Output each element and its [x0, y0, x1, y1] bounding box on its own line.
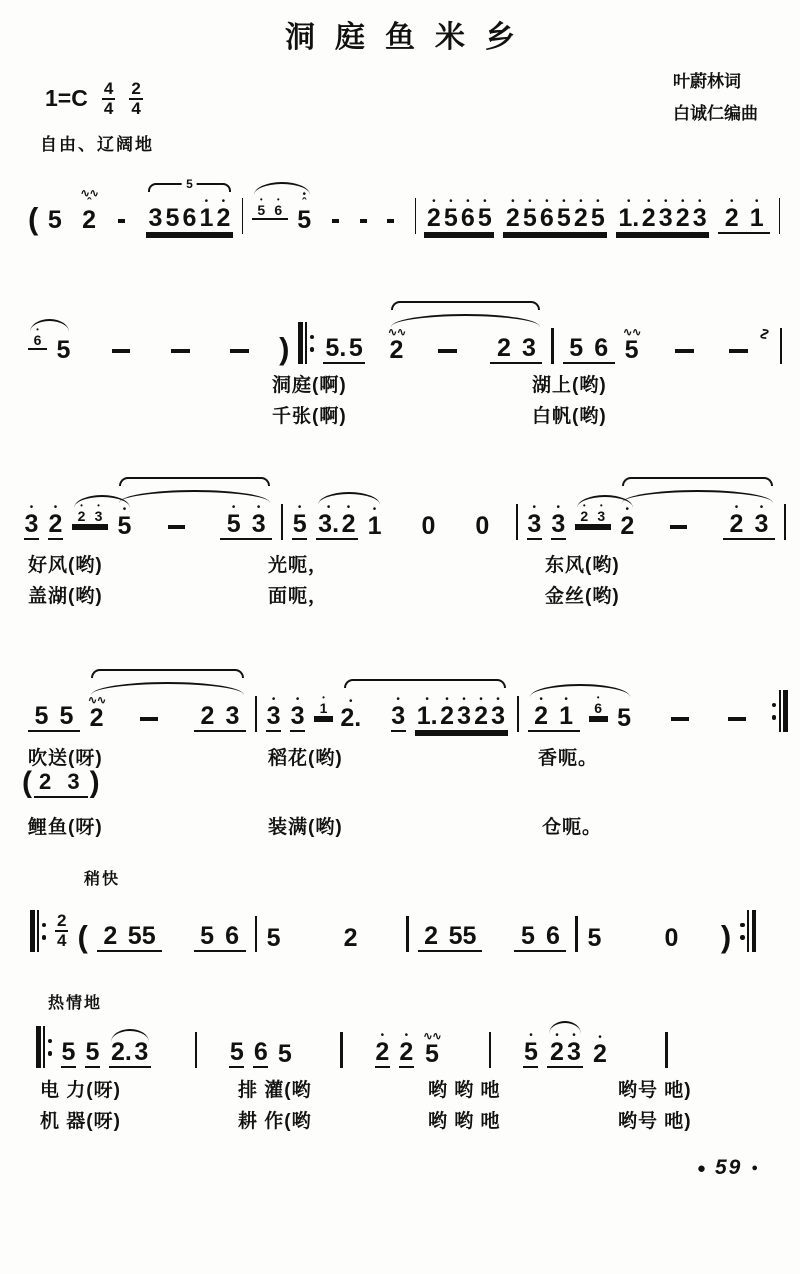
duration-dash [171, 349, 189, 353]
note: •5 [522, 198, 537, 232]
credits: 叶蔚林词 白诚仁编曲 [673, 66, 758, 131]
note: •5 [292, 504, 307, 540]
beam-group: 255 [97, 924, 162, 952]
note-digit: 2 [344, 926, 358, 952]
note: •2 [440, 696, 455, 730]
note-digit: 2. [340, 706, 361, 732]
note-digit: 55 [449, 924, 477, 950]
beam-group: 23 [194, 704, 246, 732]
note: •ˆ5 [297, 191, 312, 234]
note: 0 [475, 514, 490, 540]
note-digit: 5 [48, 208, 62, 234]
note: 5 [277, 1042, 292, 1068]
note-digit: 6 [540, 206, 554, 232]
open-paren: ( [22, 768, 32, 798]
spacer [290, 951, 334, 952]
spacer [171, 951, 185, 952]
note-digit: 2 [725, 206, 739, 232]
tuplet-label: 5 [182, 178, 197, 190]
time-signature-2-4: 2 4 [129, 80, 142, 118]
note: •1. [417, 696, 438, 730]
note: 5 [569, 336, 584, 362]
note-digit: 2 [82, 208, 96, 234]
music-glyph [310, 335, 315, 352]
page-dot: ● [697, 1160, 706, 1177]
barline [255, 916, 258, 952]
note: •6 [591, 695, 606, 716]
lyric-text: 哟 哟 吔 [428, 1075, 501, 1102]
note: 5. [325, 336, 346, 362]
note-digit: 6 [225, 924, 239, 950]
music-glyph [42, 923, 47, 940]
barline [575, 916, 578, 952]
note-digit: 5 [349, 336, 363, 362]
spacer [450, 1067, 480, 1068]
duration-dash [140, 717, 157, 721]
note: 6 [225, 924, 240, 950]
note-digit: 3 [597, 509, 605, 524]
repeat-close-barline [772, 690, 788, 732]
slur-arc [119, 490, 270, 503]
note: •2 [641, 198, 656, 232]
note-digit: 2. [111, 1040, 132, 1066]
lyrics-row: 机 器(呀) 耕 作(哟 哟 哟 吔 哟号 吔) [0, 1106, 800, 1132]
note: 0 [664, 926, 679, 952]
slur-arc [530, 684, 630, 697]
note: 3 [148, 206, 163, 232]
note-digit: 6 [254, 1040, 268, 1066]
note-digit: 5 [257, 203, 265, 218]
note-digit: 2 [574, 206, 588, 232]
note: •6 [271, 197, 286, 218]
barline [195, 1032, 198, 1068]
lyric-text: 好风(哟) [28, 550, 103, 577]
note-digit: 5 [523, 206, 537, 232]
spacer [644, 539, 662, 540]
note-digit: 2 [427, 206, 441, 232]
note: ∿∿2 [389, 328, 405, 364]
note-digit: 3 [457, 704, 471, 730]
note-digit: 2 [593, 1042, 607, 1068]
time-sig-denominator: 4 [102, 100, 115, 118]
note: •2 [573, 198, 588, 232]
duration-dash [675, 349, 693, 353]
note: •1. [618, 198, 639, 232]
note-digit: 3 [491, 704, 505, 730]
composer-credit: 白诚仁编曲 [673, 98, 758, 130]
note: 0 [421, 514, 436, 540]
note-digit: 5 [278, 1042, 292, 1068]
repeat-open-barline [30, 910, 46, 952]
music-glyph: 2 [55, 912, 68, 932]
note: •3 [527, 504, 542, 540]
note: ∿∿ˆ2 [82, 189, 97, 234]
beam-group: 56 [563, 336, 615, 364]
barline [281, 504, 283, 540]
note-digit: 5 [62, 1040, 76, 1066]
lyric-text: 哟号 吔) [618, 1106, 692, 1133]
note-digit: 2 [550, 1040, 564, 1066]
note: 55 [449, 924, 477, 950]
music-line-3: •3•2•2•3•5•5•3•5•3.•2•100•3•3•2•3•2•2•3 [24, 464, 786, 540]
slur-arc [318, 492, 380, 505]
slur-arc [91, 682, 244, 695]
note-digit: 5 [57, 338, 71, 364]
note-digit: 2 [90, 706, 104, 732]
duration-dash [671, 717, 688, 721]
beam-group: •2•3 [723, 504, 775, 540]
duration-dash [438, 349, 456, 353]
note: 5 [47, 208, 62, 234]
slur-arc [622, 490, 773, 503]
note: 6 [253, 1040, 268, 1068]
note: •2 [549, 1032, 564, 1066]
note: •2 [620, 506, 635, 540]
phrase-arc [344, 679, 506, 688]
phrase-arc [622, 477, 773, 486]
note: 5 [617, 706, 632, 732]
beam-group: 255 [418, 924, 483, 952]
note: •5 [443, 198, 458, 232]
note-digit: 5. [325, 336, 346, 362]
note: 5 [266, 926, 281, 952]
spacer [413, 363, 429, 364]
note-digit: 3 [755, 512, 769, 538]
note: 5 [520, 924, 535, 950]
spacer [500, 1067, 514, 1068]
beam-group: 56 [514, 924, 566, 952]
note: •1 [199, 198, 214, 232]
music-line-5: 24(25556522555650) [30, 876, 772, 952]
note: 2 [200, 704, 215, 730]
barline [780, 328, 782, 364]
note-digit: 1. [417, 704, 438, 730]
note: •5 [254, 197, 269, 218]
note-digit: 3. [318, 512, 339, 538]
page-number-value: 59 [715, 1156, 742, 1180]
repeat-open-barline [36, 1026, 52, 1068]
key-signature: 1=C [45, 85, 88, 112]
spacer [376, 233, 379, 234]
phrase-arc [119, 477, 270, 486]
spacer [139, 363, 162, 364]
beam-group: •1.•2•3•2•3 [415, 696, 508, 732]
close-paren: ) [279, 333, 289, 364]
note-digit: 3 [693, 206, 707, 232]
note: •1 [749, 198, 764, 232]
time-sig-numerator: 2 [129, 80, 142, 100]
note-digit: 3 [25, 512, 39, 538]
note: •2 [675, 198, 690, 232]
note: •2 [216, 198, 231, 232]
music-glyph [36, 1026, 41, 1068]
repeat-close-barline [740, 910, 756, 952]
note-digit: 2 [506, 206, 520, 232]
note-digit: 5 [267, 926, 281, 952]
lyrics-row: 鲤鱼(呀) 装满(哟) 仓呃。 [0, 812, 800, 838]
beam-group: •2•1 [718, 198, 770, 234]
spacer [113, 731, 131, 732]
spacer [391, 539, 412, 540]
note-digit: 0 [421, 514, 435, 540]
spacer [641, 731, 663, 732]
note-digit: 5 [60, 704, 74, 730]
spacer [491, 951, 505, 952]
grace-notes: •1 [314, 695, 333, 718]
beam-group: 5.5 [323, 336, 365, 364]
note: 6 [182, 206, 197, 232]
barline [784, 504, 786, 540]
lyric-text: 哟号 吔) [618, 1075, 692, 1102]
note-digit: 2 [49, 512, 63, 538]
note: 3 [134, 1040, 149, 1066]
note-digit: 5 [200, 924, 214, 950]
note-digit: 3 [291, 704, 305, 730]
spacer [688, 951, 712, 952]
note-digit: 3 [95, 509, 103, 524]
spacer [703, 363, 721, 364]
note: •3 [251, 504, 266, 538]
note-digit: 5 [569, 336, 583, 362]
note-digit: 2 [78, 509, 86, 524]
note-digit: 5 [297, 208, 311, 234]
beam-group: 356•1•25 [146, 198, 233, 234]
note: •2 [724, 198, 739, 232]
note-digit: 5 [35, 704, 49, 730]
note: •3 [692, 198, 707, 232]
note-digit: 2 [424, 924, 438, 950]
spacer [194, 539, 212, 540]
spacer [466, 363, 482, 364]
barline [415, 198, 416, 234]
beam-group: 23 [490, 336, 542, 364]
note-digit: 3 [391, 704, 405, 730]
song-title: 洞庭鱼米乡 [0, 12, 800, 56]
note-digit: 3 [267, 704, 281, 730]
note: •2 [729, 504, 744, 538]
barline [255, 696, 257, 732]
duration-dash [360, 219, 367, 223]
duration-dash [729, 349, 747, 353]
note-digit: 2 [534, 704, 548, 730]
barline [516, 504, 518, 540]
note-digit: 5 [521, 924, 535, 950]
lyric-text: 东风(哟) [545, 550, 620, 577]
spacer [134, 233, 137, 234]
note: 5 [34, 704, 49, 730]
slur-arc [111, 1029, 149, 1042]
note: 55 [128, 924, 156, 950]
barline [489, 1032, 492, 1068]
note-digit: 3 [567, 1040, 581, 1066]
note: 3 [521, 336, 536, 362]
time-signature-2-4: 24 [55, 912, 68, 950]
close-paren: ) [90, 768, 100, 798]
lyric-text: 稻花(哟) [268, 743, 343, 770]
music-glyph [298, 322, 303, 364]
lyric-text: 面呃， [268, 581, 328, 608]
lyrics-row: 电 力(呀) 排 灌(哟 哟 哟 吔 哟号 吔) [0, 1075, 800, 1101]
lyric-text: 白帆(哟) [532, 401, 607, 428]
barline [340, 1032, 343, 1068]
note-digit: 6 [594, 336, 608, 362]
lyric-text: 湖上(哟) [532, 370, 607, 397]
note: 2 [424, 924, 439, 950]
spacer [167, 731, 185, 732]
note: •3 [266, 696, 281, 732]
note-digit: 1 [199, 206, 213, 232]
note: •6 [460, 198, 475, 232]
lyric-text: 洞庭(啊) [272, 370, 347, 397]
note-digit: 5 [591, 206, 605, 232]
note-digit: 5 [478, 206, 492, 232]
lyric-text: 光呃， [268, 550, 328, 577]
spacer [80, 363, 103, 364]
lyric-text: 香呃。 [538, 743, 598, 770]
spacer [199, 363, 222, 364]
lyric-text: 千张(啊) [272, 401, 347, 428]
beam-group: 2.3 [109, 1040, 151, 1068]
duration-dash [332, 219, 339, 223]
spacer [696, 539, 714, 540]
beam-group: •2•5•6•5•2•5 [503, 198, 607, 234]
barline [551, 328, 553, 364]
close-paren: ) [721, 921, 731, 952]
spacer [611, 951, 655, 952]
spacer [352, 1067, 366, 1068]
note: 5 [200, 924, 215, 950]
duration-dash [670, 525, 687, 529]
note-digit: 2 [440, 704, 454, 730]
key-signature-row: 1=C 4 4 2 4 [45, 80, 143, 118]
note: 5 [587, 926, 602, 952]
barline [665, 1032, 668, 1068]
open-paren: ( [77, 921, 87, 952]
spacer [499, 539, 507, 540]
note-digit: 2 [399, 1040, 413, 1066]
music-glyph [48, 1039, 53, 1056]
note-digit: 3 [226, 704, 240, 730]
note: 5 [61, 1040, 76, 1068]
note-digit: 1 [320, 701, 328, 716]
note: 5 [229, 1040, 244, 1068]
spacer [649, 363, 667, 364]
note: •5 [523, 1032, 538, 1068]
note-digit: 1 [750, 206, 764, 232]
note-digit: 2 [375, 1040, 389, 1066]
note: 2. [111, 1040, 132, 1066]
music-glyph [37, 910, 39, 952]
note-digit: 0 [475, 514, 489, 540]
note: •3 [566, 1032, 581, 1066]
note-digit: 3 [522, 336, 536, 362]
note-digit: 1. [618, 206, 639, 232]
note: •1 [367, 506, 382, 540]
cue-note-digits: 2 3 [34, 769, 88, 798]
duration-dash [168, 525, 185, 529]
note: •2 [399, 1032, 414, 1068]
beam-group: •2•5•6•5 [424, 198, 494, 234]
note: ∿∿5 [624, 328, 640, 364]
time-signature-4-4: 4 4 [102, 80, 115, 118]
spacer [141, 539, 159, 540]
note-digit: 2 [201, 704, 215, 730]
note: 5 [59, 704, 74, 730]
note-digit: 5 [625, 338, 639, 364]
note-digit: 2 [730, 512, 744, 538]
note: •2 [505, 198, 520, 232]
spacer [374, 363, 379, 364]
note: •1 [316, 695, 331, 716]
tuplet-bracket: 5 [148, 183, 231, 192]
lyric-text: 仓呃。 [542, 812, 602, 839]
note-digit: 2 [216, 206, 230, 232]
note-digit: 3 [551, 512, 565, 538]
note: •5 [590, 198, 605, 232]
note-digit: 3 [134, 1040, 148, 1066]
note: •2 [341, 504, 356, 538]
note: •2 [48, 504, 63, 540]
lyrics-row: 好风(哟) 光呃， 东风(哟) [0, 550, 800, 576]
duration-dash [118, 219, 125, 223]
note-digit: 1 [559, 704, 573, 730]
note: •3 [457, 696, 472, 730]
music-glyph [43, 1026, 45, 1068]
spacer [71, 233, 72, 234]
spacer [755, 731, 763, 732]
breath-mark-icon: ∿ [753, 325, 775, 343]
note-digit: 6 [461, 206, 475, 232]
barline [517, 696, 519, 732]
slur-arc [30, 319, 69, 332]
note-digit: 6 [274, 203, 282, 218]
note-digit: 6 [594, 701, 602, 716]
note-digit: 2 [474, 704, 488, 730]
note-digit: 2 [342, 512, 356, 538]
duration-dash [728, 717, 745, 721]
note: 5 [85, 1040, 100, 1068]
note-digit: 6 [182, 206, 196, 232]
note-digit: 5 [118, 514, 132, 540]
note-digit: 2 [642, 206, 656, 232]
grace-notes: •5•6 [252, 197, 288, 220]
barline [406, 916, 409, 952]
note-digit: 5 [86, 1040, 100, 1066]
note-digit: 6 [546, 924, 560, 950]
note: •3 [658, 198, 673, 232]
spacer [206, 1067, 220, 1068]
note: 2 [343, 926, 358, 952]
tempo-marking-free: 自由、辽阔地 [40, 130, 154, 155]
lyric-text: 排 灌(哟 [238, 1075, 312, 1102]
slur-arc [549, 1021, 581, 1034]
music-glyph [752, 910, 757, 952]
note: •5 [477, 198, 492, 232]
note: •2 [592, 1034, 607, 1068]
lyric-text: 机 器(呀) [40, 1106, 121, 1133]
music-line-1: (5∿∿ˆ2356•1•25•5•6•ˆ5•2•5•6•5•2•5•6•5•2•… [28, 158, 780, 234]
spacer [616, 1067, 656, 1068]
lyric-text: 装满(哟) [268, 812, 343, 839]
note-digit: 2 [620, 514, 634, 540]
grace-notes: •6 [589, 695, 608, 718]
spacer [348, 233, 351, 234]
note-digit: 1 [368, 514, 382, 540]
music-glyph [779, 690, 781, 732]
lyrics-row: 吹送(呀) 稻花(哟) 香呃。 [0, 743, 800, 769]
note-digit: 2 [676, 206, 690, 232]
note-digit: 5 [227, 512, 241, 538]
